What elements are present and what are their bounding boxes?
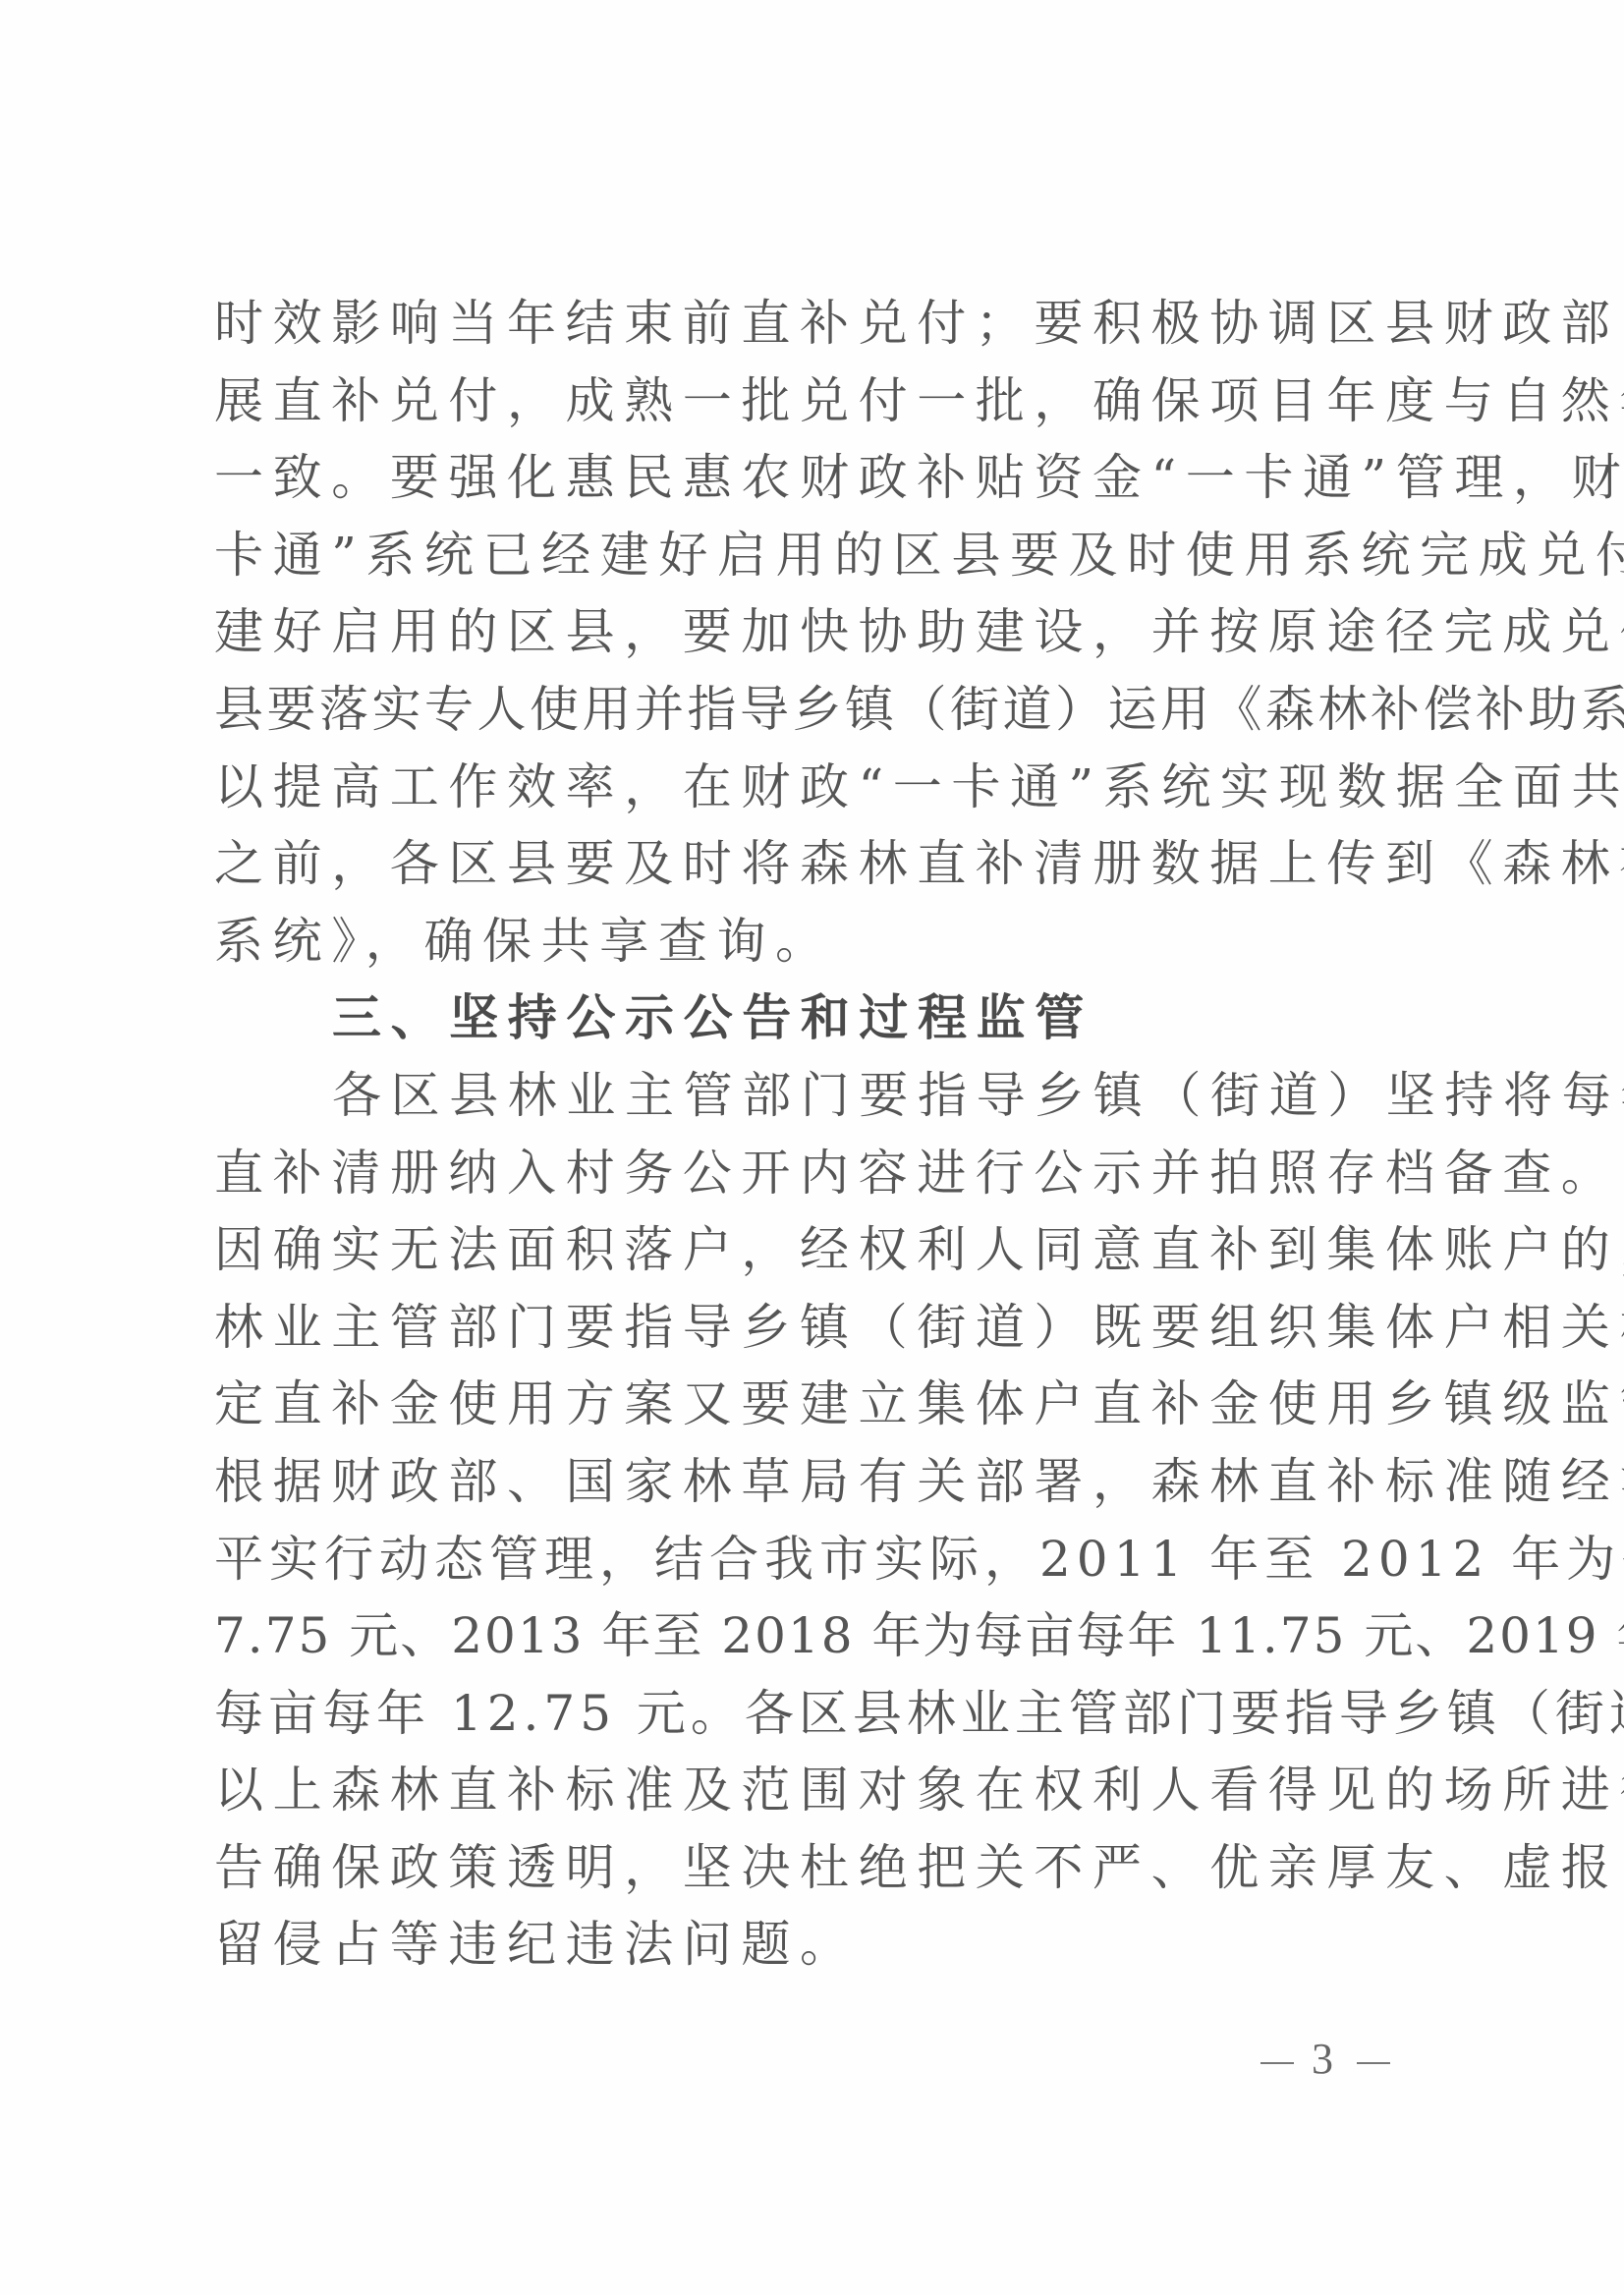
dash-decoration [1357, 2062, 1390, 2064]
text-line: 直补清册纳入村务公开内容进行公示并拍照存档备查。因多种原 [214, 1135, 1462, 1212]
text-line: 留侵占等违纪违法问题。 [214, 1906, 1462, 1984]
text-line: 系统》，确保共享查询。 [214, 903, 1462, 980]
text-line: 根据财政部、国家林草局有关部署，森林直补标准随经济发展水 [214, 1443, 1462, 1521]
text-line: 林业主管部门要指导乡镇（街道）既要组织集体户相关权利人商 [214, 1289, 1462, 1367]
text-line: 之前，各区县要及时将森林直补清册数据上传到《森林补偿补助 [214, 825, 1462, 903]
text-line: 告确保政策透明，坚决杜绝把关不严、优亲厚友、虚报冒领、截 [214, 1829, 1462, 1907]
text-line: 建好启用的区县，要加快协助建设，并按原途径完成兑付。各区 [214, 593, 1462, 671]
section-heading: 三、坚持公示公告和过程监管 [214, 980, 1462, 1057]
text-line: 以上森林直补标准及范围对象在权利人看得见的场所进行长期公 [214, 1752, 1462, 1829]
text-line: 因确实无法面积落户，经权利人同意直补到集体账户的，各区县 [214, 1211, 1462, 1289]
page-number: 3 [1243, 2034, 1408, 2084]
text-line: 展直补兑付，成熟一批兑付一批，确保项目年度与自然年度保持 [214, 363, 1462, 440]
document-body: 时效影响当年结束前直补兑付；要积极协调区县财政部门及时开 展直补兑付，成熟一批兑… [214, 285, 1462, 1984]
text-line: 定直补金使用方案又要建立集体户直补金使用乡镇级监管机制。 [214, 1366, 1462, 1443]
dash-decoration [1260, 2062, 1294, 2064]
text-line: 每亩每年 12.75 元。各区县林业主管部门要指导乡镇（街道）将 [214, 1675, 1462, 1753]
text-line: 县要落实专人使用并指导乡镇（街道）运用《森林补偿补助系统》 [214, 671, 1462, 749]
text-line: 平实行动态管理，结合我市实际，2011 年至 2012 年为每亩每年 [214, 1521, 1462, 1598]
text-line: 以提高工作效率，在财政“一卡通”系统实现数据全面共享查询 [214, 749, 1462, 826]
text-line: 时效影响当年结束前直补兑付；要积极协调区县财政部门及时开 [214, 285, 1462, 363]
text-line: 一致。要强化惠民惠农财政补贴资金“一卡通”管理，财政“一 [214, 439, 1462, 517]
text-line: 各区县林业主管部门要指导乡镇（街道）坚持将每年度森林 [214, 1057, 1462, 1135]
document-page: 时效影响当年结束前直补兑付；要积极协调区县财政部门及时开 展直补兑付，成熟一批兑… [0, 0, 1624, 2295]
text-line: 卡通”系统已经建好启用的区县要及时使用系统完成兑付；没有 [214, 517, 1462, 594]
text-line: 7.75 元、2013 年至 2018 年为每亩每年 11.75 元、2019 … [214, 1597, 1462, 1675]
page-number-value: 3 [1312, 2035, 1339, 2083]
